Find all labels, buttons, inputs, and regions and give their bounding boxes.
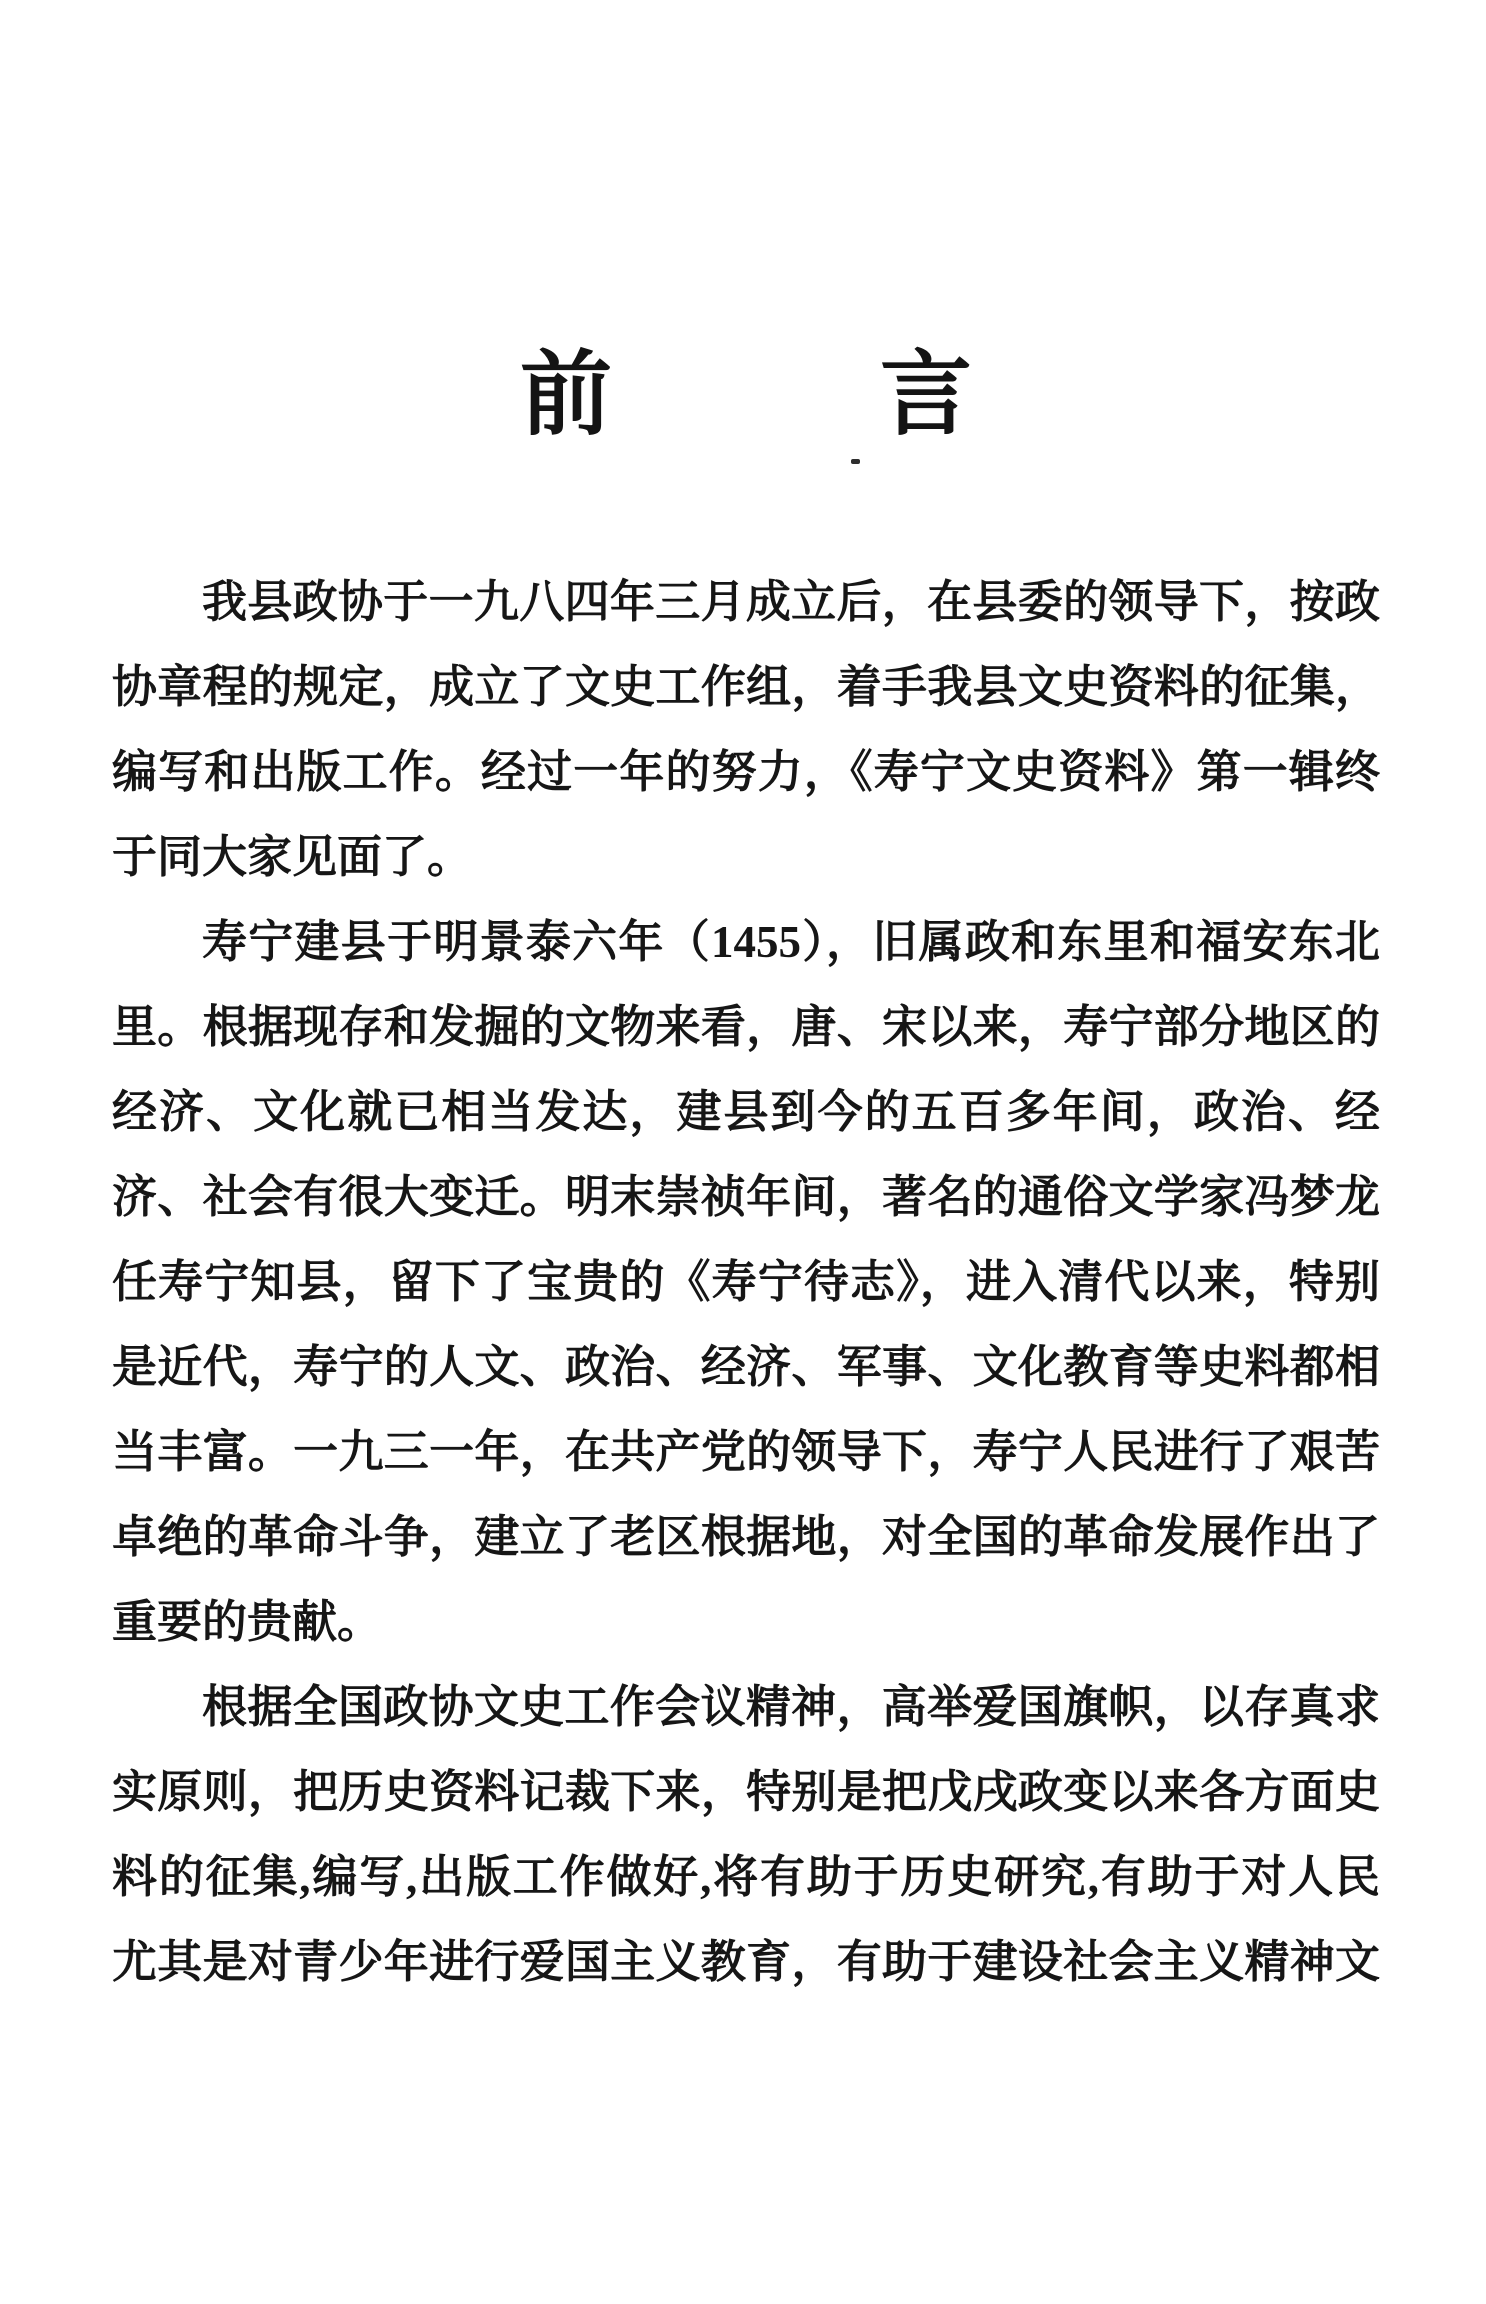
text-line: 料的征集,编写,出版工作做好,将有助于历史研究,有助于对人民 (112, 1835, 1380, 1920)
text-line: 实原则，把历史资料记裁下来，特别是把戊戌政变以来各方面史 (112, 1750, 1380, 1835)
text-line: 寿宁建县于明景泰六年（1455），旧属政和东里和福安东北 (112, 900, 1380, 985)
scan-speck (851, 459, 860, 464)
title-char-yan: 言 (880, 340, 972, 450)
text-line: 编写和出版工作。经过一年的努力，《寿宁文史资料》第一辑终 (112, 730, 1380, 815)
title-char-qian: 前 (520, 340, 612, 450)
text-line: 于同大家见面了。 (112, 815, 1380, 900)
text-line: 经济、文化就已相当发达，建县到今的五百多年间，政治、经 (112, 1070, 1380, 1155)
scanned-page: 前 言 我县政协于一九八四年三月成立后，在县委的领导下，按政协章程的规定，成立了… (0, 0, 1486, 2304)
body-text: 我县政协于一九八四年三月成立后，在县委的领导下，按政协章程的规定，成立了文史工作… (112, 560, 1380, 2005)
text-line: 根据全国政协文史工作会议精神，高举爱国旗帜，以存真求 (112, 1665, 1380, 1750)
text-line: 我县政协于一九八四年三月成立后，在县委的领导下，按政 (112, 560, 1380, 645)
text-line: 任寿宁知县，留下了宝贵的《寿宁待志》，进入清代以来，特别 (112, 1240, 1380, 1325)
text-line: 济、社会有很大变迁。明末崇祯年间，著名的通俗文学家冯梦龙 (112, 1155, 1380, 1240)
text-line: 尤其是对青少年进行爱国主义教育，有助于建设社会主义精神文 (112, 1920, 1380, 2005)
text-line: 卓绝的革命斗争，建立了老区根据地，对全国的革命发展作出了 (112, 1495, 1380, 1580)
page-title: 前 言 (112, 340, 1380, 450)
text-line: 当丰富。一九三一年，在共产党的领导下，寿宁人民进行了艰苦 (112, 1410, 1380, 1495)
text-line: 里。根据现存和发掘的文物来看，唐、宋以来，寿宁部分地区的 (112, 985, 1380, 1070)
text-line: 是近代，寿宁的人文、政治、经济、军事、文化教育等史料都相 (112, 1325, 1380, 1410)
text-line: 重要的贵献。 (112, 1580, 1380, 1665)
text-line: 协章程的规定，成立了文史工作组，着手我县文史资料的征集， (112, 645, 1380, 730)
